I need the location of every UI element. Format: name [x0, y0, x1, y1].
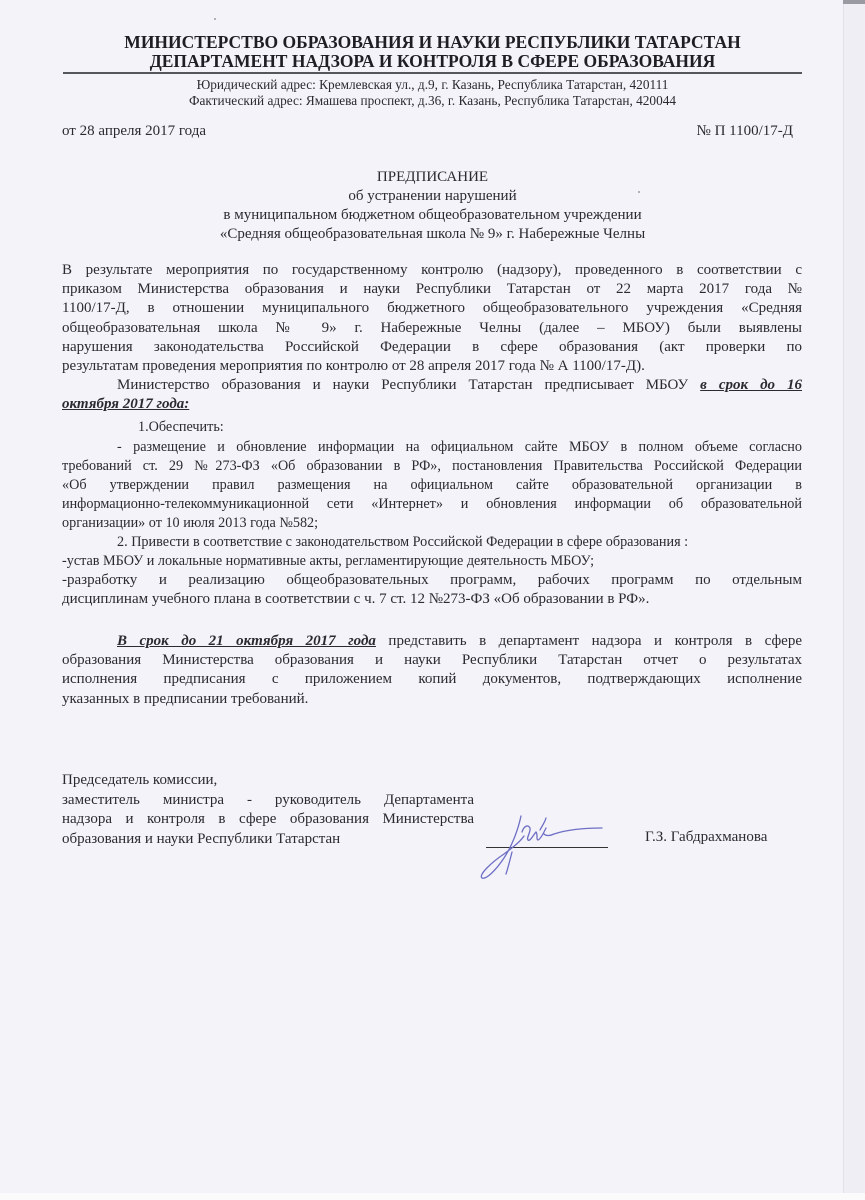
scan-edge-bottom: [0, 1193, 865, 1200]
document-page: МИНИСТЕРСТВО ОБРАЗОВАНИЯ И НАУКИ РЕСПУБЛ…: [0, 0, 843, 1193]
item2-line: -устав МБОУ и локальные нормативные акты…: [62, 552, 802, 571]
intro-line: 1100/17-Д, в отношении муниципального бю…: [62, 299, 802, 318]
scan-speck: [214, 18, 216, 20]
prescription-deadline-part2: октября 2017 года:: [62, 396, 189, 412]
prescription-lead: Министерство образования и науки Республ…: [62, 376, 802, 414]
prescription-deadline-part1: в срок до 16: [700, 377, 802, 393]
signatory-position: Председатель комиссии, заместитель минис…: [62, 771, 474, 849]
item1-line: - размещение и обновление информации на …: [62, 438, 802, 457]
ministry-name: МИНИСТЕРСТВО ОБРАЗОВАНИЯ И НАУКИ РЕСПУБЛ…: [63, 33, 802, 52]
position-line: надзора и контроля в сфере образования М…: [62, 810, 474, 830]
position-line: образования и науки Республики Татарстан: [62, 830, 474, 850]
actual-address: Фактический адрес: Ямашева проспект, д.3…: [63, 93, 802, 109]
report-line1-rest: представить в департамент надзора и конт…: [376, 633, 802, 649]
document-date: от 28 апреля 2017 года: [62, 123, 206, 140]
report-deadline: В срок до 21 октября 2017 года: [117, 633, 376, 649]
report-line: В срок до 21 октября 2017 года представи…: [62, 632, 802, 651]
signatory-name: Г.З. Габдрахманова: [645, 829, 767, 846]
letterhead-divider: [63, 72, 802, 74]
legal-address: Юридический адрес: Кремлевская ул., д.9,…: [63, 77, 802, 93]
item1-line: информационно-телекоммуникационной сети …: [62, 495, 802, 514]
report-line: указанных в предписании требований.: [62, 690, 802, 709]
scan-edge-right: [843, 4, 865, 1194]
item1-line: «Об утверждении правил размещения на офи…: [62, 476, 802, 495]
handwritten-signature-icon: [478, 812, 608, 892]
intro-line: общеобразовательная школа № 9» г. Набере…: [62, 319, 802, 338]
item1-heading: 1.Обеспечить:: [62, 418, 802, 437]
intro-line: результатам проведения мероприятия по ко…: [62, 357, 802, 376]
item2-body: -устав МБОУ и локальные нормативные акты…: [62, 552, 802, 571]
intro-line: В результате мероприятия по государствен…: [62, 261, 802, 280]
scan-speck: [638, 191, 640, 193]
report-paragraph: В срок до 21 октября 2017 года представи…: [62, 632, 802, 709]
prescription-line: октября 2017 года:: [62, 395, 802, 414]
report-line: образования Министерства образования и н…: [62, 651, 802, 670]
title-subline-2: в муниципальном бюджетном общеобразовате…: [63, 206, 802, 225]
item1-line: организации» от 10 июля 2013 года №582;: [62, 514, 802, 533]
intro-line: приказом Министерства образования и наук…: [62, 280, 802, 299]
position-line: Председатель комиссии,: [62, 771, 474, 791]
report-line: исполнения предписания с приложением коп…: [62, 670, 802, 689]
item1-line: требований ст. 29 №273-ФЗ «Об образовани…: [62, 457, 802, 476]
title-subline-3: «Средняя общеобразовательная школа № 9» …: [63, 225, 802, 244]
prescription-lead-text: Министерство образования и науки Республ…: [117, 377, 700, 393]
scan-speck: [430, 676, 432, 678]
item1-body: - размещение и обновление информации на …: [62, 438, 802, 533]
title-subline-1: об устранении нарушений: [63, 187, 802, 206]
intro-paragraph: В результате мероприятия по государствен…: [62, 261, 802, 376]
prescription-line: Министерство образования и науки Республ…: [62, 376, 802, 395]
department-name: ДЕПАРТАМЕНТ НАДЗОРА И КОНТРОЛЯ В СФЕРЕ О…: [63, 52, 802, 71]
intro-line: нарушения законодательства Российской Фе…: [62, 338, 802, 357]
item2-line: дисциплинам учебного плана в соответстви…: [62, 590, 802, 609]
position-line: заместитель министра - руководитель Депа…: [62, 791, 474, 811]
item2-body-2: -разработку и реализацию общеобразовател…: [62, 571, 802, 609]
document-number: № П 1100/17-Д: [697, 123, 793, 140]
item2-heading: 2. Привести в соответствие с законодател…: [62, 533, 802, 552]
document-title: ПРЕДПИСАНИЕ: [63, 168, 802, 187]
item2-line: -разработку и реализацию общеобразовател…: [62, 571, 802, 590]
